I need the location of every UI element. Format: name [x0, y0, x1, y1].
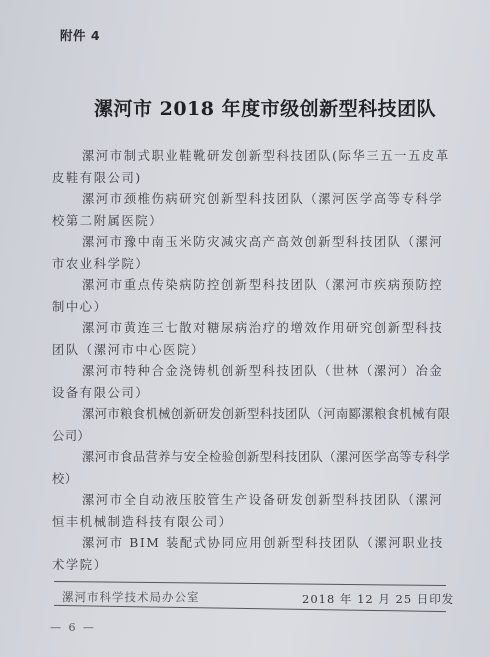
team-item: 漯河市粮食机械创新研发创新型科技团队（河南郾漯粮食机械有限公司）: [52, 404, 452, 447]
team-list: 漯河市制式职业鞋靴研发创新型科技团队(际华三五一五皮革皮鞋有限公司) 漯河市颈椎…: [52, 146, 452, 576]
team-item: 漯河市制式职业鞋靴研发创新型科技团队(际华三五一五皮革皮鞋有限公司): [52, 146, 452, 189]
team-item: 漯河市黄连三七散对糖尿病治疗的增效作用研究创新型科技团队（漯河市中心医院）: [52, 318, 452, 361]
print-date: 2018 年 12 月 25 日印发: [302, 591, 454, 607]
team-item: 漯河市颈椎伤病研究创新型科技团队（漯河医学高等专科学校第二附属医院）: [52, 189, 452, 232]
document-page: 附件 4 漯河市 2018 年度市级创新型科技团队 漯河市制式职业鞋靴研发创新型…: [0, 0, 490, 657]
team-item: 漯河市全自动液压胶管生产设备研发创新型科技团队（漯河恒丰机械制造科技有限公司）: [52, 490, 452, 533]
team-item: 漯河市特种合金浇铸机创新型科技团队（世林（漯河）冶金设备有限公司）: [52, 361, 452, 404]
team-item: 漯河市豫中南玉米防灾减灾高产高效创新型科技团队（漯河市农业科学院）: [52, 232, 452, 275]
document-title: 漯河市 2018 年度市级创新型科技团队: [94, 94, 436, 121]
page-number: — 6 —: [50, 621, 96, 634]
team-item: 漯河市重点传染病防控创新型科技团队（漯河市疾病预防控制中心）: [52, 275, 452, 318]
attachment-label: 附件 4: [60, 26, 100, 44]
team-item: 漯河市 BIM 装配式协同应用创新型科技团队（漯河职业技术学院）: [52, 533, 452, 576]
team-item: 漯河市食品营养与安全检验创新型科技团队（漯河医学高等专科学校）: [52, 447, 452, 490]
footer-top-rule: [54, 581, 446, 586]
issuer-office: 漯河市科学技术局办公室: [62, 589, 200, 605]
